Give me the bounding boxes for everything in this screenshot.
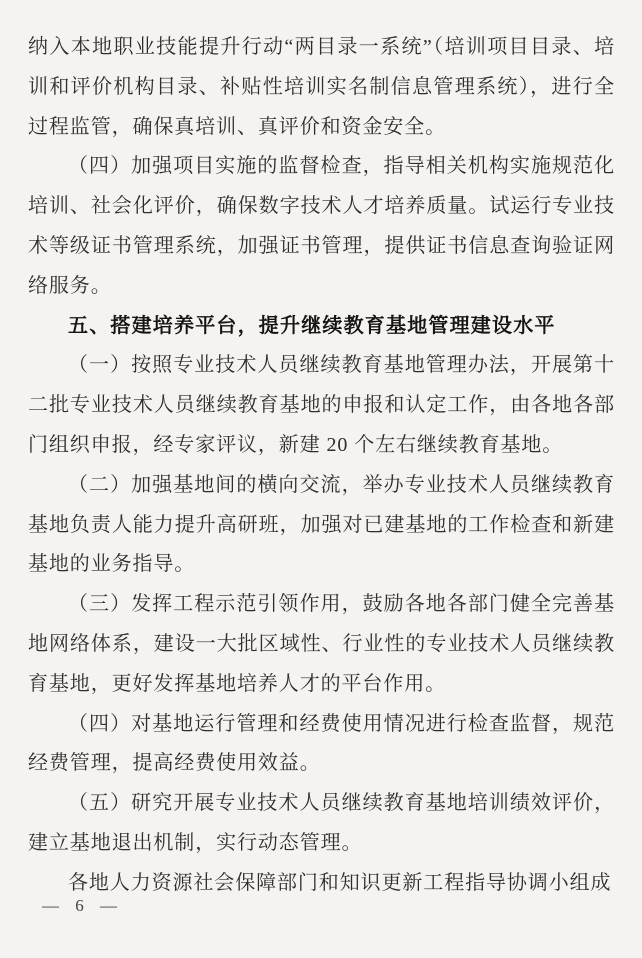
- section-heading: 五、搭建培养平台，提升继续教育基地管理建设水平: [28, 307, 615, 347]
- paragraph-item-4-prev-section: （四）加强项目实施的监督检查，指导相关机构实施规范化培训、社会化评价，确保数字技…: [28, 147, 615, 306]
- page-number: — 6 —: [42, 896, 123, 916]
- paragraph-item-5: （五）研究开展专业技术人员继续教育基地培训绩效评价，建立基地退出机制，实行动态管…: [28, 784, 615, 864]
- paragraph-item-2: （二）加强基地间的横向交流，举办专业技术人员继续教育基地负责人能力提升高研班，加…: [28, 466, 615, 585]
- document-page: 纳入本地职业技能提升行动“两目录一系统”（培训项目目录、培训和评价机构目录、补贴…: [0, 0, 642, 958]
- paragraph-item-4: （四）对基地运行管理和经费使用情况进行检查监督，规范经费管理，提高经费使用效益。: [28, 705, 615, 785]
- paragraph-continuation: 纳入本地职业技能提升行动“两目录一系统”（培训项目目录、培训和评价机构目录、补贴…: [28, 28, 615, 147]
- page-content: 纳入本地职业技能提升行动“两目录一系统”（培训项目目录、培训和评价机构目录、补贴…: [28, 28, 615, 904]
- paragraph-item-1: （一）按照专业技术人员继续教育基地管理办法，开展第十二批专业技术人员继续教育基地…: [28, 346, 615, 465]
- paragraph-item-3: （三）发挥工程示范引领作用，鼓励各地各部门健全完善基地网络体系，建设一大批区域性…: [28, 585, 615, 704]
